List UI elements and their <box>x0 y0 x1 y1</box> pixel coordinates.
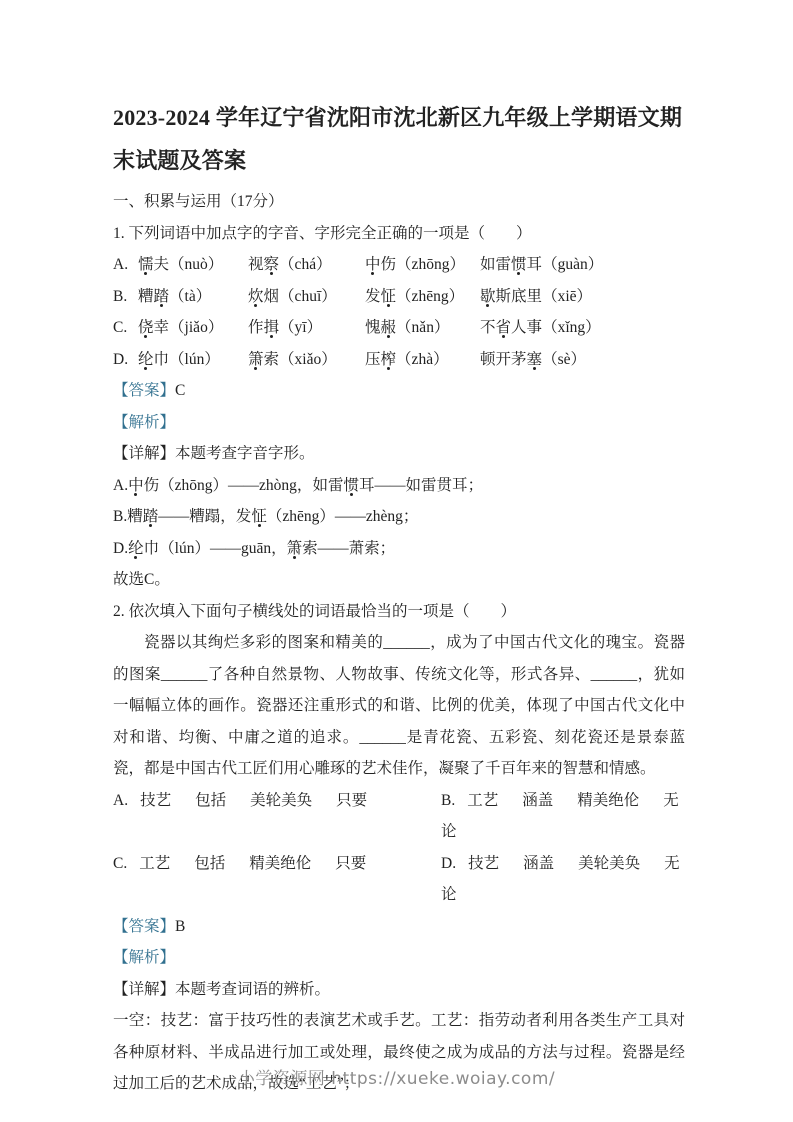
q1-option-row: C.侥幸（jiǎo）作揖（yī）愧赧（nǎn）不省人事（xǐng） <box>113 312 685 344</box>
q1-option-item: 作揖（yī） <box>248 312 365 344</box>
q1-detail-line: B.糟踏——糟蹋，发怔（zhēng）——zhèng； <box>113 501 685 533</box>
q1-detail-line: 故选C。 <box>113 564 685 596</box>
option-label: C. <box>113 312 138 344</box>
q1-option-row: D.纶巾（lún）箫索（xiǎo）压榨（zhà）顿开茅塞（sè） <box>113 344 685 376</box>
option-label: A. <box>113 249 138 281</box>
q2-option: D.技艺涵盖美轮美奂无论 <box>441 848 685 911</box>
q2-detail-heading: 【详解】本题考查词语的辨析。 <box>113 974 685 1006</box>
q2-option-word: 工艺 <box>467 792 498 809</box>
q1-option-item: 炊烟（chuī） <box>248 281 365 313</box>
q1-detail-heading: 【详解】本题考查字音字形。 <box>113 438 685 470</box>
q2-option-word: 只要 <box>336 792 367 809</box>
q1-option-item: 中伤（zhōng） <box>365 249 480 281</box>
q2-option-word: 包括 <box>195 792 226 809</box>
option-label: A. <box>113 792 128 809</box>
section-heading: 一、积累与运用（17分） <box>113 186 685 218</box>
q1-stem: 1. 下列词语中加点字的字音、字形完全正确的一项是（ ） <box>113 218 685 250</box>
q1-option-item: 愧赧（nǎn） <box>365 312 480 344</box>
q1-option-item: 懦夫（nuò） <box>138 249 248 281</box>
q1-option-item: 箫索（xiǎo） <box>248 344 365 376</box>
q1-answer-line: 【答案】C <box>113 375 685 407</box>
q2-stem: 2. 依次填入下面句子横线处的词语最恰当的一项是（ ） <box>113 596 685 628</box>
q2-option-word: 工艺 <box>139 855 170 872</box>
q2-option-word: 精美绝伦 <box>249 855 311 872</box>
q2-option: C.工艺包括精美绝伦只要 <box>113 848 441 911</box>
document-page: 2023-2024 学年辽宁省沈阳市沈北新区九年级上学期语文期末试题及答案 一、… <box>0 0 793 1122</box>
q2-option-word: 技艺 <box>140 792 171 809</box>
q2-option-word: 美轮美奂 <box>250 792 312 809</box>
q1-option-item: 压榨（zhà） <box>365 344 480 376</box>
q1-option-row: A.懦夫（nuò）视察（chá）中伤（zhōng）如雷惯耳（guàn） <box>113 249 685 281</box>
q2-options: A.技艺包括美轮美奂只要B.工艺涵盖精美绝伦无论C.工艺包括精美绝伦只要D.技艺… <box>113 785 685 911</box>
option-label: C. <box>113 855 127 872</box>
q2-option: B.工艺涵盖精美绝伦无论 <box>441 785 685 848</box>
option-label: D. <box>113 344 138 376</box>
page-title: 2023-2024 学年辽宁省沈阳市沈北新区九年级上学期语文期末试题及答案 <box>113 96 698 182</box>
q1-detail-lines: A.中伤（zhōng）——zhòng，如雷惯耳——如雷贯耳；B.糟踏——糟蹋，发… <box>113 470 685 596</box>
q2-answer-label: 【答案】 <box>113 918 175 935</box>
q2-option-word: 技艺 <box>468 855 499 872</box>
document-body: 2023-2024 学年辽宁省沈阳市沈北新区九年级上学期语文期末试题及答案 一、… <box>113 96 685 1100</box>
q2-option-word: 美轮美奂 <box>578 855 640 872</box>
q1-detail-label: 【详解】 <box>113 445 175 462</box>
q1-option-item: 如雷惯耳（guàn） <box>480 249 685 281</box>
q1-options: A.懦夫（nuò）视察（chá）中伤（zhōng）如雷惯耳（guàn）B.糟踏（… <box>113 249 685 375</box>
footer-link[interactable]: 小学资源网 https://xueke.woiay.com/ <box>0 1064 793 1089</box>
option-label: D. <box>441 855 456 872</box>
q1-option-row: B.糟踏（tà）炊烟（chuī）发怔（zhēng）歇斯底里（xiē） <box>113 281 685 313</box>
q1-option-item: 侥幸（jiǎo） <box>138 312 248 344</box>
q1-option-item: 视察（chá） <box>248 249 365 281</box>
q1-answer-value: C <box>175 382 185 399</box>
q1-detail-line: D.纶巾（lún）——guān，箫索——萧索； <box>113 533 685 565</box>
q2-option-word: 精美绝伦 <box>577 792 639 809</box>
q1-option-item: 纶巾（lún） <box>138 344 248 376</box>
q1-option-item: 发怔（zhēng） <box>365 281 480 313</box>
option-label: B. <box>441 792 455 809</box>
q2-detail-label: 【详解】 <box>113 981 175 998</box>
option-label: B. <box>113 281 138 313</box>
q2-detail-intro: 本题考查词语的辨析。 <box>175 981 330 998</box>
q1-detail-intro: 本题考查字音字形。 <box>175 445 315 462</box>
q1-option-item: 歇斯底里（xiē） <box>480 281 685 313</box>
q2-answer-line: 【答案】B <box>113 911 685 943</box>
q2-option-word: 包括 <box>194 855 225 872</box>
q2-answer-value: B <box>175 918 185 935</box>
q2-option-word: 只要 <box>335 855 366 872</box>
q1-option-item: 糟踏（tà） <box>138 281 248 313</box>
q2-option-word: 涵盖 <box>522 792 553 809</box>
q2-analysis-label: 【解析】 <box>113 942 685 974</box>
q2-passage: 瓷器以其绚烂多彩的图案和精美的______，成为了中国古代文化的瑰宝。瓷器的图案… <box>113 627 685 785</box>
q2-option-word: 涵盖 <box>523 855 554 872</box>
q1-analysis-label: 【解析】 <box>113 407 685 439</box>
q1-option-item: 顿开茅塞（sè） <box>480 344 685 376</box>
q1-detail-line: A.中伤（zhōng）——zhòng，如雷惯耳——如雷贯耳； <box>113 470 685 502</box>
q1-answer-label: 【答案】 <box>113 382 175 399</box>
q2-option: A.技艺包括美轮美奂只要 <box>113 785 441 848</box>
q1-option-item: 不省人事（xǐng） <box>480 312 685 344</box>
